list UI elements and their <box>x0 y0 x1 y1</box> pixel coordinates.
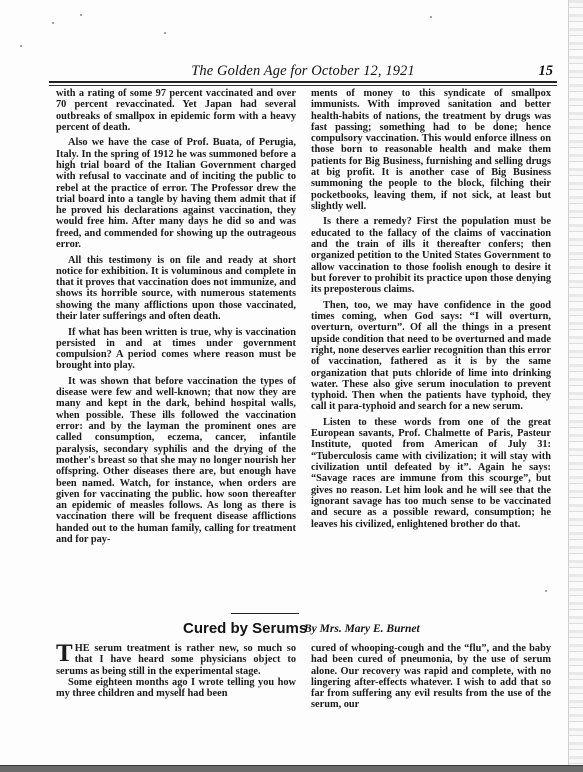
scan-speck <box>20 45 22 47</box>
second-article-right-column: cured of whooping-cough and the “flu”, a… <box>311 643 551 711</box>
running-header: The Golden Age for October 12, 1921 15 <box>49 63 557 83</box>
paragraph: THE serum treatment is rather new, so mu… <box>56 643 296 677</box>
paragraph: Some eighteen months ago I wrote telling… <box>56 677 296 700</box>
scan-speck <box>164 32 166 34</box>
paragraph: cured of whooping-cough and the “flu”, a… <box>311 643 551 711</box>
article-title: Cured by Serums <box>183 620 307 637</box>
paragraph: Listen to these words from one of the gr… <box>311 417 551 530</box>
paragraph: ments of money to this syndicate of smal… <box>311 88 551 212</box>
scan-speck <box>52 22 54 24</box>
paragraph: Also we have the case of Prof. Buata, of… <box>56 137 296 250</box>
drop-cap: T <box>56 644 73 664</box>
article-byline: By Mrs. Mary E. Burnet <box>304 623 420 635</box>
paragraph-text: HE serum treatment is rather new, so muc… <box>56 643 296 677</box>
main-article-left-column: with a rating of some 97 percent vaccina… <box>56 88 296 550</box>
magazine-page: The Golden Age for October 12, 1921 15 w… <box>0 0 583 772</box>
scan-bottom-border <box>0 765 583 772</box>
scan-speck <box>80 14 82 16</box>
paragraph: It was shown that before vaccination the… <box>56 376 296 545</box>
paragraph: All this testimony is on file and ready … <box>56 255 296 323</box>
running-title: The Golden Age for October 12, 1921 <box>49 63 557 80</box>
main-article-right-column: ments of money to this syndicate of smal… <box>311 88 551 534</box>
paragraph: Then, too, we may have confidence in the… <box>311 300 551 413</box>
paragraph: If what has been written is true, why is… <box>56 327 296 372</box>
scan-speck <box>545 590 547 592</box>
paragraph: Is there a remedy? First the population … <box>311 216 551 295</box>
scan-page-edge <box>568 0 583 772</box>
header-double-rule <box>49 81 557 86</box>
scan-speck <box>430 16 432 18</box>
page-number: 15 <box>539 63 554 80</box>
article-heading: Cured by Serums By Mrs. Mary E. Burnet <box>0 616 583 638</box>
paragraph: with a rating of some 97 percent vaccina… <box>56 88 296 133</box>
section-divider-rule <box>231 613 299 614</box>
second-article-left-column: THE serum treatment is rather new, so mu… <box>56 643 296 704</box>
